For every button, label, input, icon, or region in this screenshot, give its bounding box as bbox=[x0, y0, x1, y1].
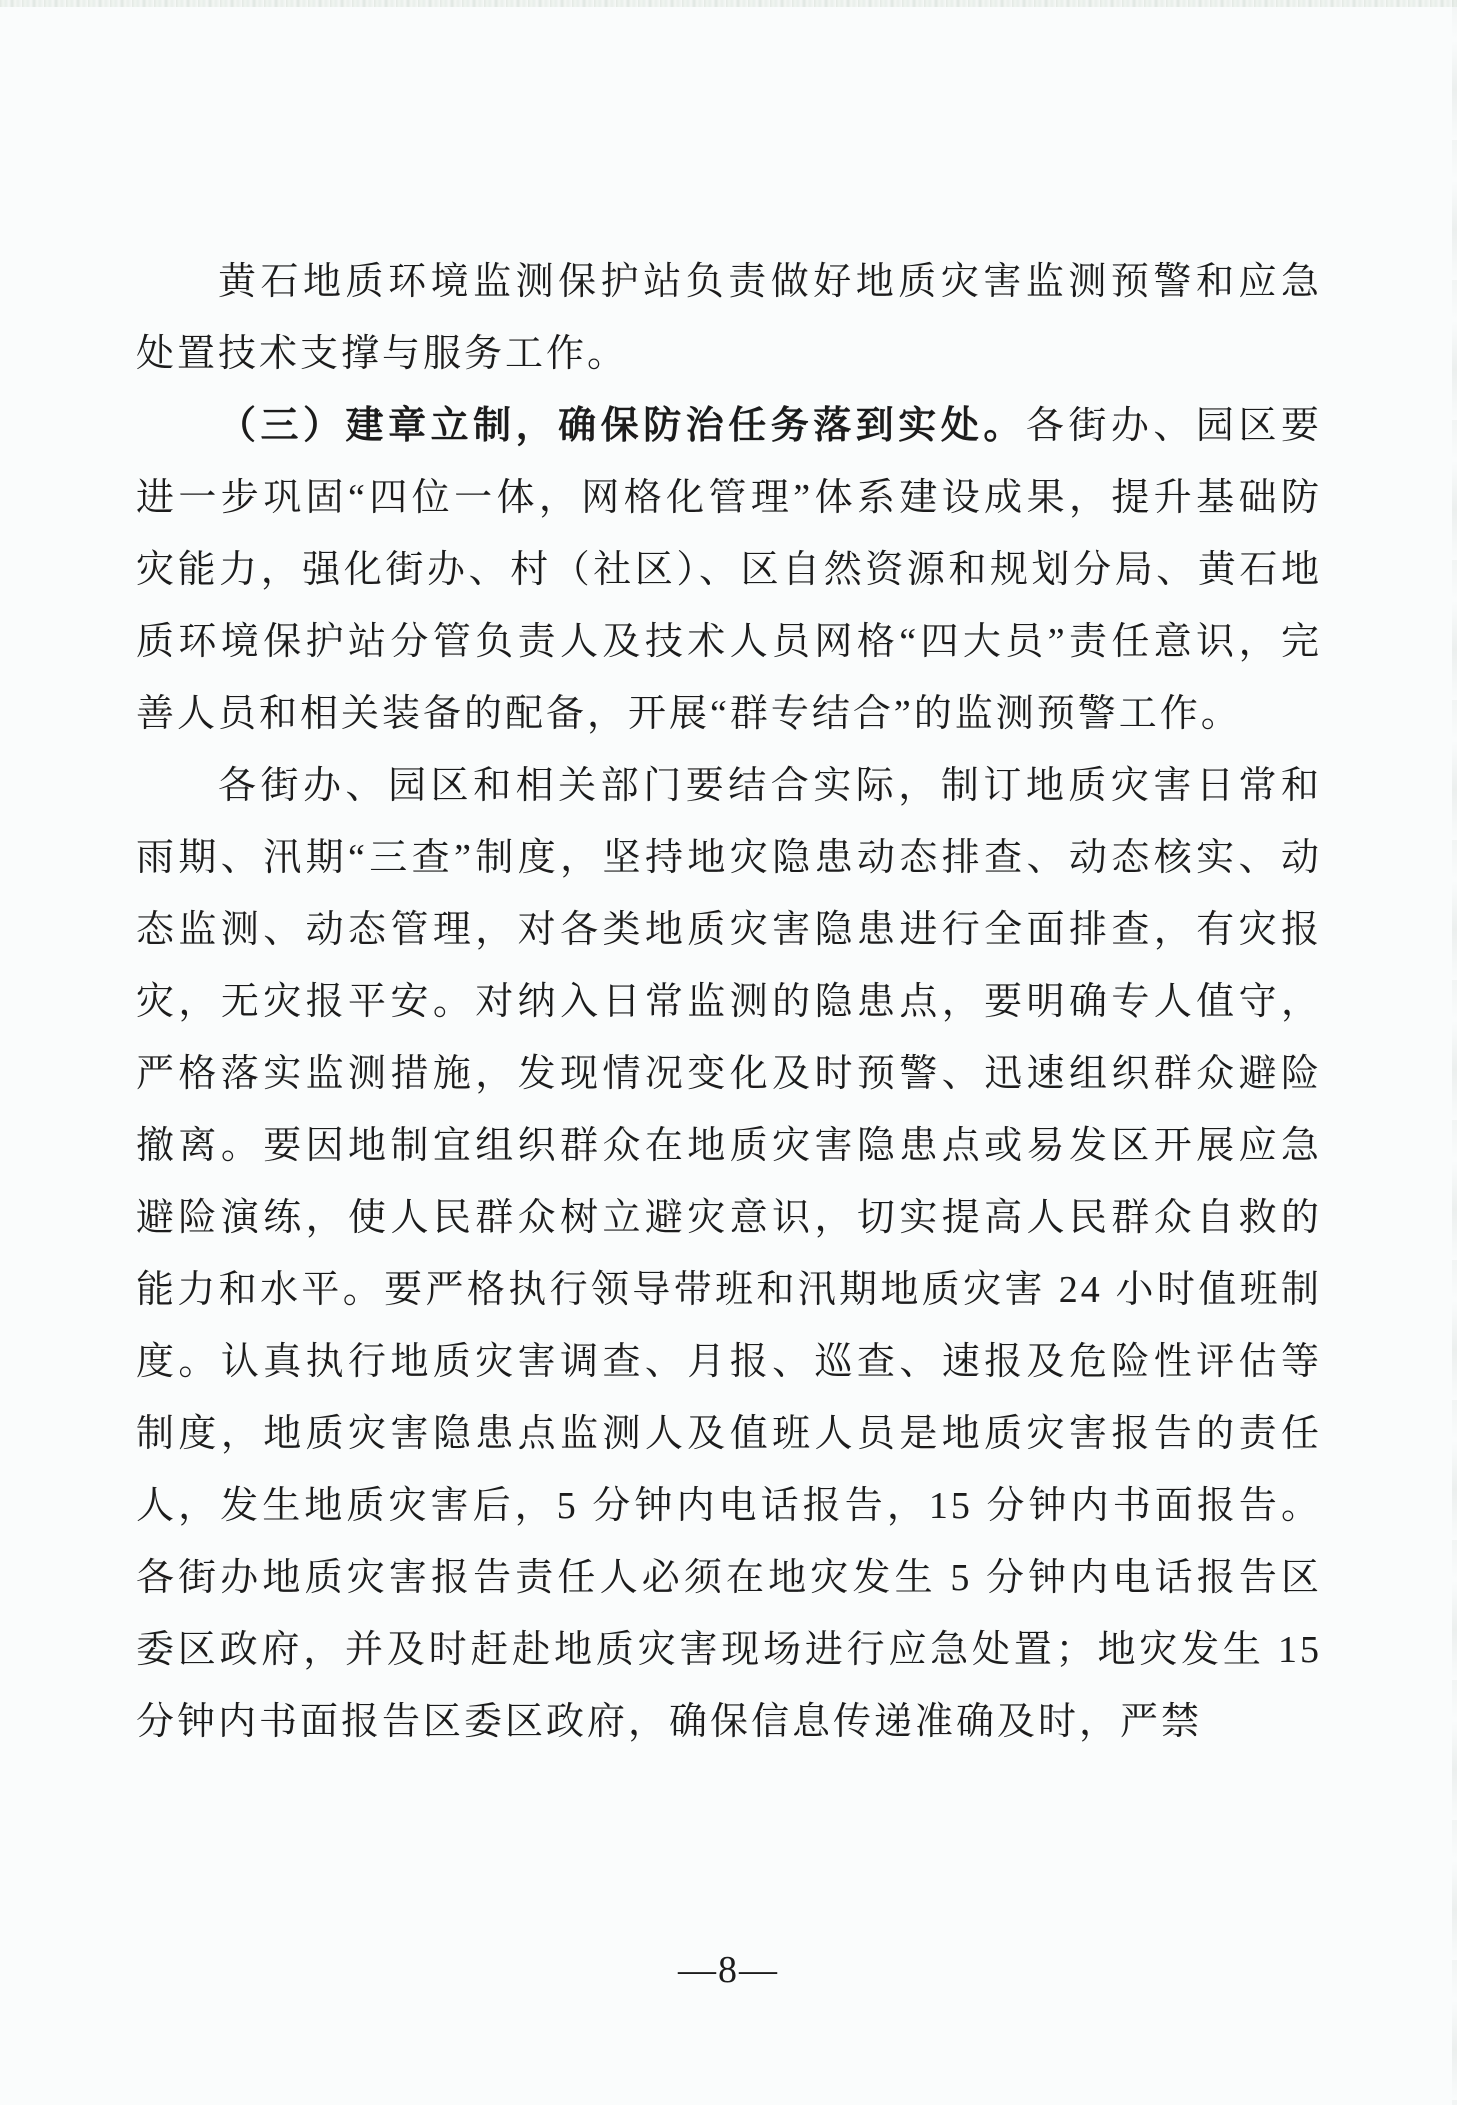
paragraph-text: 各街办、园区要进一步巩固“四位一体，网格化管理”体系建设成果，提升基础防灾能力，… bbox=[136, 405, 1322, 735]
paragraph-support-duties: 黄石地质环境监测保护站负责做好地质灾害监测预警和应急处置技术支撑与服务工作。 bbox=[136, 246, 1322, 390]
paragraph-section-three: （三）建章立制，确保防治任务落到实处。各街办、园区要进一步巩固“四位一体，网格化… bbox=[136, 390, 1322, 750]
section-heading: （三）建章立制，确保防治任务落到实处。 bbox=[218, 405, 1026, 447]
page-number: —8— bbox=[0, 1948, 1457, 1992]
scan-edge-artifact bbox=[1452, 0, 1457, 2105]
document-body: 黄石地质环境监测保护站负责做好地质灾害监测预警和应急处置技术支撑与服务工作。 （… bbox=[136, 246, 1322, 1758]
paragraph-inspection-system: 各街办、园区和相关部门要结合实际，制订地质灾害日常和雨期、汛期“三查”制度，坚持… bbox=[136, 750, 1322, 1758]
paragraph-text: 黄石地质环境监测保护站负责做好地质灾害监测预警和应急处置技术支撑与服务工作。 bbox=[136, 261, 1322, 375]
scan-noise-strip bbox=[0, 0, 1457, 7]
paragraph-text: 各街办、园区和相关部门要结合实际，制订地质灾害日常和雨期、汛期“三查”制度，坚持… bbox=[136, 765, 1322, 1743]
